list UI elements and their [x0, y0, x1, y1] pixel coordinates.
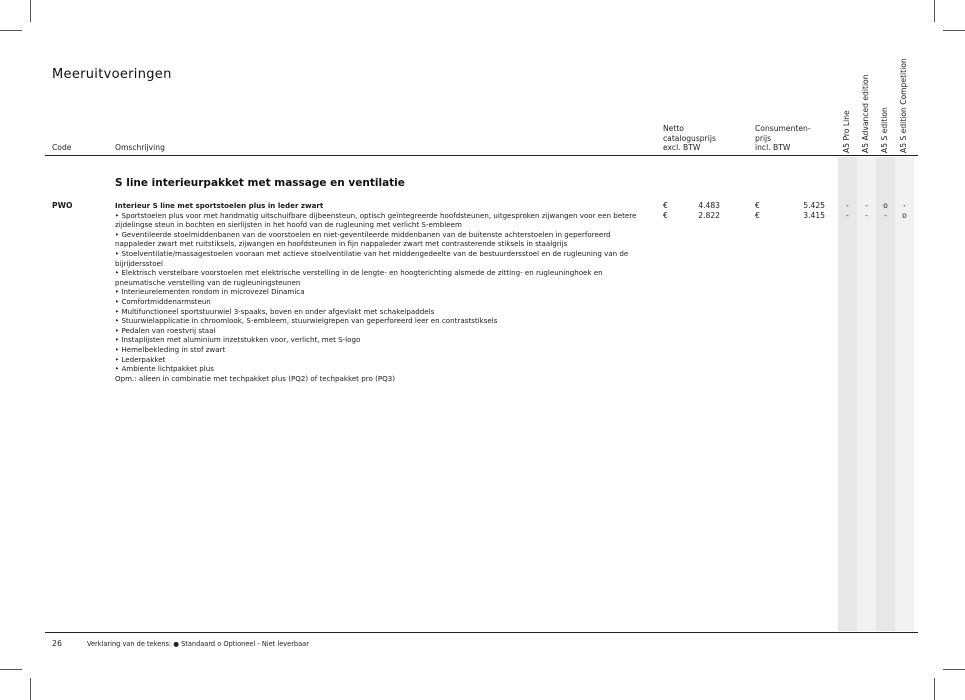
- header-model-pro-line: A5 Pro Line: [842, 110, 851, 153]
- header-net-price-line: excl. BTW: [663, 143, 716, 153]
- column-shade-s-edition-competition: [895, 157, 914, 631]
- crop-mark: [30, 0, 31, 22]
- availability-pro-line: -: [838, 211, 857, 220]
- header-model-s-edition: A5 S edition: [880, 107, 889, 153]
- column-shade-advanced-edition: [857, 157, 876, 631]
- crop-mark: [0, 30, 22, 31]
- header-net-price-line: Netto: [663, 124, 716, 134]
- availability-s-edition-competition: -: [895, 201, 914, 210]
- description-line: ‣ Interieurelementen rondom in microveze…: [115, 287, 650, 297]
- header-net-price: Netto catalogusprijs excl. BTW: [663, 124, 716, 153]
- description-line: zijdelingse steun in bochten en sierlijs…: [115, 220, 650, 230]
- description-line: bijrijdersstoel: [115, 259, 650, 269]
- header-code: Code: [52, 143, 71, 153]
- crop-mark: [0, 669, 22, 670]
- crop-mark: [943, 30, 965, 31]
- column-shade-pro-line: [838, 157, 857, 631]
- footer-divider: [45, 632, 918, 633]
- crop-mark: [943, 669, 965, 670]
- header-net-price-line: catalogusprijs: [663, 134, 716, 144]
- header-description: Omschrijving: [115, 143, 165, 153]
- availability-s-edition: o: [876, 201, 895, 210]
- header-consumer-price-line: prijs: [755, 134, 811, 144]
- description-line: ‣ Stuurwielapplicatie in chroomlook, S-e…: [115, 316, 650, 326]
- description-line: ‣ Hemelbekleding in stof zwart: [115, 345, 650, 355]
- description-line: ‣ Multifunctioneel sportstuurwiel 3-spaa…: [115, 307, 650, 317]
- consumer-price: 3.415: [765, 211, 825, 220]
- description-line: ‣ Elektrisch verstelbare voorstoelen met…: [115, 268, 650, 278]
- consumer-price-currency: €: [755, 211, 760, 220]
- description-line: ‣ Pedalen van roestvrij staal: [115, 326, 650, 336]
- crop-mark: [934, 678, 935, 700]
- description-line: ‣ Comfortmiddenarmsteun: [115, 297, 650, 307]
- header-model-s-edition-competition: A5 S edition Competition: [899, 58, 908, 153]
- description-line: Opm.: alleen in combinatie met techpakke…: [115, 374, 650, 384]
- header-consumer-price: Consumenten- prijs incl. BTW: [755, 124, 811, 153]
- legend: Verklaring van de tekens: ● Standaard o …: [87, 640, 309, 648]
- availability-advanced-edition: -: [857, 211, 876, 220]
- price-row: € 4.483 € 5.425 - - o -: [0, 201, 965, 211]
- description-line: nappaleder zwart met ruitstiksels, zijwa…: [115, 239, 650, 249]
- availability-advanced-edition: -: [857, 201, 876, 210]
- column-shade-s-edition: [876, 157, 895, 631]
- description-line: ‣ Geventileerde stoelmiddenbanen van de …: [115, 230, 650, 240]
- description-line: ‣ Ambiente lichtpakket plus: [115, 364, 650, 374]
- crop-mark: [30, 678, 31, 700]
- header-model-advanced-edition: A5 Advanced edition: [861, 74, 870, 153]
- availability-s-edition: -: [876, 211, 895, 220]
- page-title: Meeruitvoeringen: [52, 67, 172, 82]
- option-description: Interieur S line met sportstoelen plus i…: [115, 201, 650, 383]
- consumer-price-currency: €: [755, 201, 760, 210]
- price-row: € 2.822 € 3.415 - - - o: [0, 211, 965, 221]
- net-price: 2.822: [660, 211, 720, 220]
- header-consumer-price-line: incl. BTW: [755, 143, 811, 153]
- description-line: pneumatische verstelling van de rugleuni…: [115, 278, 650, 288]
- description-line: ‣ Lederpakket: [115, 355, 650, 365]
- availability-pro-line: -: [838, 201, 857, 210]
- consumer-price: 5.425: [765, 201, 825, 210]
- net-price: 4.483: [660, 201, 720, 210]
- availability-s-edition-competition: o: [895, 211, 914, 220]
- header-consumer-price-line: Consumenten-: [755, 124, 811, 134]
- header-divider: [45, 155, 918, 156]
- crop-mark: [934, 0, 935, 22]
- description-line: ‣ Stoelventilatie/massagestoelen vooraan…: [115, 249, 650, 259]
- description-line: ‣ Instaplijsten met aluminium inzetstukk…: [115, 335, 650, 345]
- page-number: 26: [52, 639, 62, 648]
- section-title: S line interieurpakket met massage en ve…: [115, 177, 405, 189]
